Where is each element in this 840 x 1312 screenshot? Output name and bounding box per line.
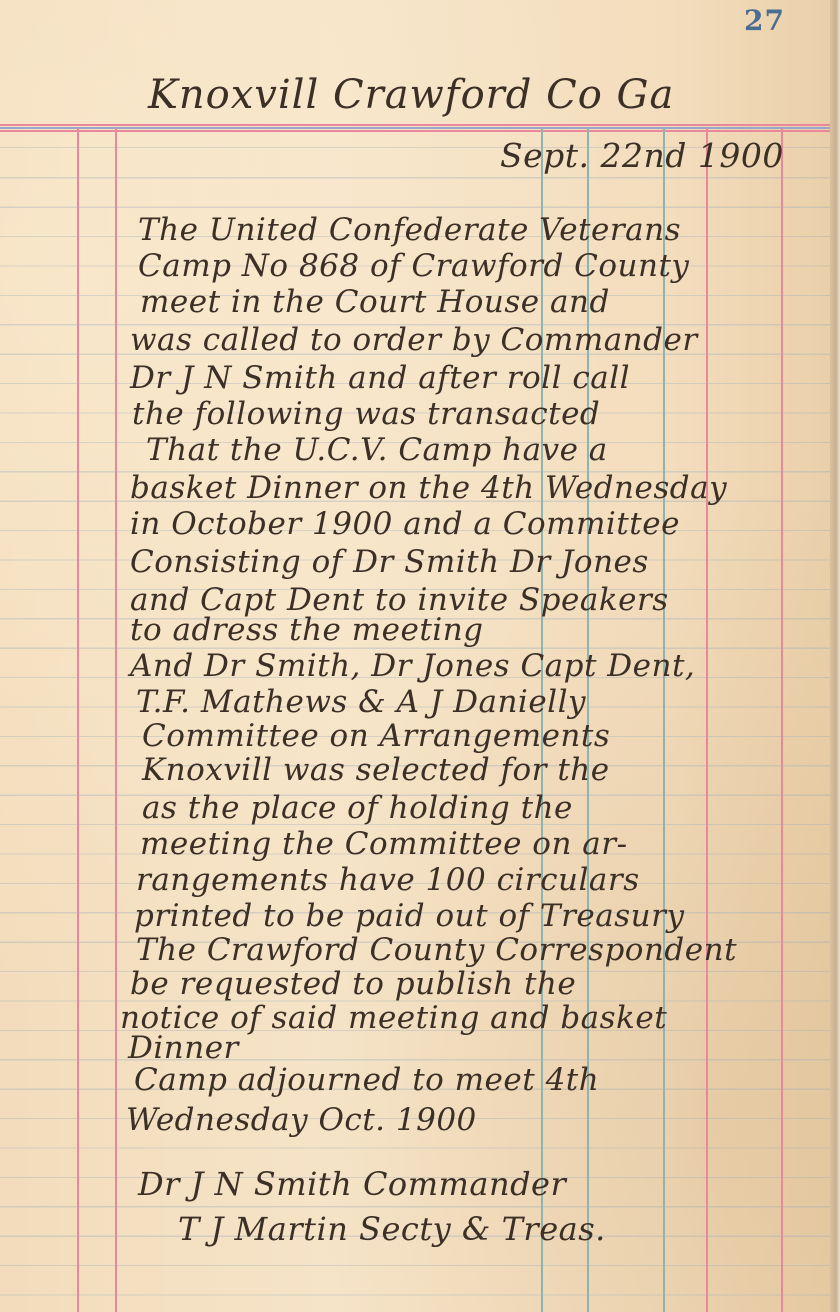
minutes-line: Camp adjourned to meet 4th [134, 1062, 599, 1098]
minutes-line: the following was transacted [132, 396, 600, 432]
signature-secretary: T J Martin Secty & Treas. [178, 1210, 606, 1248]
header-date: Sept. 22nd 1900 [500, 136, 784, 175]
margin-rule-left [77, 128, 79, 1312]
header-place: Knoxvill Crawford Co Ga [148, 72, 674, 118]
minutes-line: Wednesday Oct. 1900 [126, 1102, 477, 1138]
minutes-line: Dinner [128, 1030, 239, 1066]
signature-commander: Dr J N Smith Commander [138, 1165, 566, 1203]
minutes-line: Knoxvill was selected for the [142, 752, 610, 788]
minutes-line: meet in the Court House and [140, 284, 610, 320]
minutes-line: The Crawford County Correspondent [136, 932, 737, 968]
minutes-line: printed to be paid out of Treasury [134, 898, 684, 934]
minutes-line: T.F. Mathews & A J Danielly [136, 684, 586, 720]
header-rule-top [0, 124, 832, 126]
minutes-line: And Dr Smith, Dr Jones Capt Dent, [130, 648, 695, 684]
minutes-line: Camp No 868 of Crawford County [138, 248, 689, 284]
column-rule-3 [663, 128, 665, 1312]
minutes-line: to adress the meeting [130, 612, 484, 648]
minutes-line: basket Dinner on the 4th Wednesday [130, 470, 727, 506]
minutes-line: Committee on Arrangements [142, 718, 610, 754]
minutes-line: Consisting of Dr Smith Dr Jones [130, 544, 649, 580]
minutes-line: That the U.C.V. Camp have a [146, 432, 608, 468]
minutes-line: as the place of holding the [142, 790, 573, 826]
minutes-line: was called to order by Commander [130, 322, 698, 358]
column-rule-4 [706, 128, 708, 1312]
minutes-line: be requested to publish the [130, 966, 576, 1002]
minutes-line: rangements have 100 circulars [136, 862, 640, 898]
page-edge [830, 0, 840, 1312]
minutes-line: The United Confederate Veterans [138, 212, 681, 248]
page-number: 27 [744, 4, 785, 37]
column-rule-5 [781, 128, 783, 1312]
margin-rule-inner [115, 128, 117, 1312]
minutes-line: Dr J N Smith and after roll call [130, 360, 630, 396]
minutes-line: in October 1900 and a Committee [130, 506, 680, 542]
minutes-line: meeting the Committee on ar- [140, 826, 628, 862]
ledger-page: 27 Knoxvill Crawford Co Ga Sept. 22nd 19… [0, 0, 840, 1312]
